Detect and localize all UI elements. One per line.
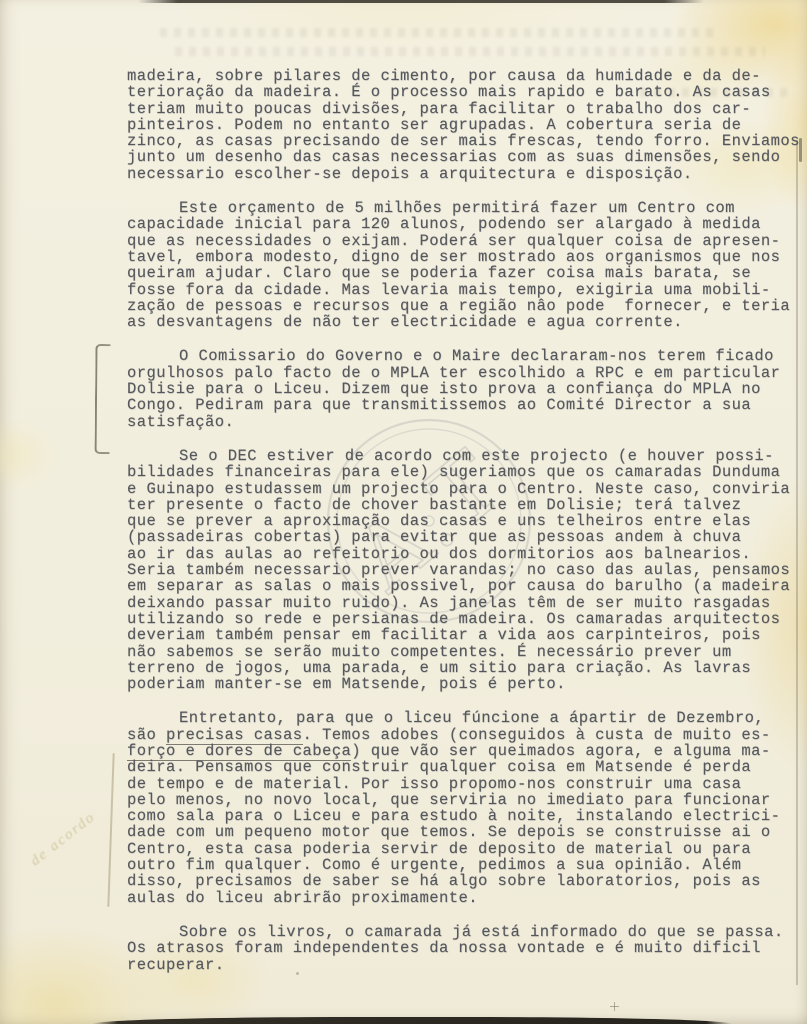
margin-pencil-line <box>107 753 114 907</box>
paragraph: Este orçamento de 5 milhões permitirá fa… <box>127 200 803 330</box>
margin-handwritten-note: de acordo <box>27 783 132 870</box>
page-edge-bottom <box>92 1017 732 1024</box>
paragraph: madeira, sobre pilares de cimento, por c… <box>127 68 803 182</box>
scan-artifact-cross <box>610 1002 619 1011</box>
hand-underlined-phrase: forço e dores de cabeça <box>127 742 351 761</box>
paragraph: Entretanto, para que o liceu fúncione a … <box>127 710 803 906</box>
typewritten-text-block: madeira, sobre pilares de cimento, por c… <box>127 68 803 991</box>
scanned-document-page: A.T de acordo madeira, sobre pilares de … <box>0 0 807 1024</box>
scan-artifact-dot <box>296 972 299 975</box>
paragraph: Se o DEC estiver de acordo com este proj… <box>127 448 803 692</box>
bleedthrough-mark <box>160 28 720 37</box>
bleedthrough-mark <box>175 47 765 56</box>
paragraph: O Comissario do Governo e o Maire declar… <box>127 348 803 429</box>
page-edge-top <box>138 0 704 3</box>
paragraph: Sobre os livros, o camarada já está info… <box>127 924 803 973</box>
margin-bracket-mark <box>95 344 111 454</box>
